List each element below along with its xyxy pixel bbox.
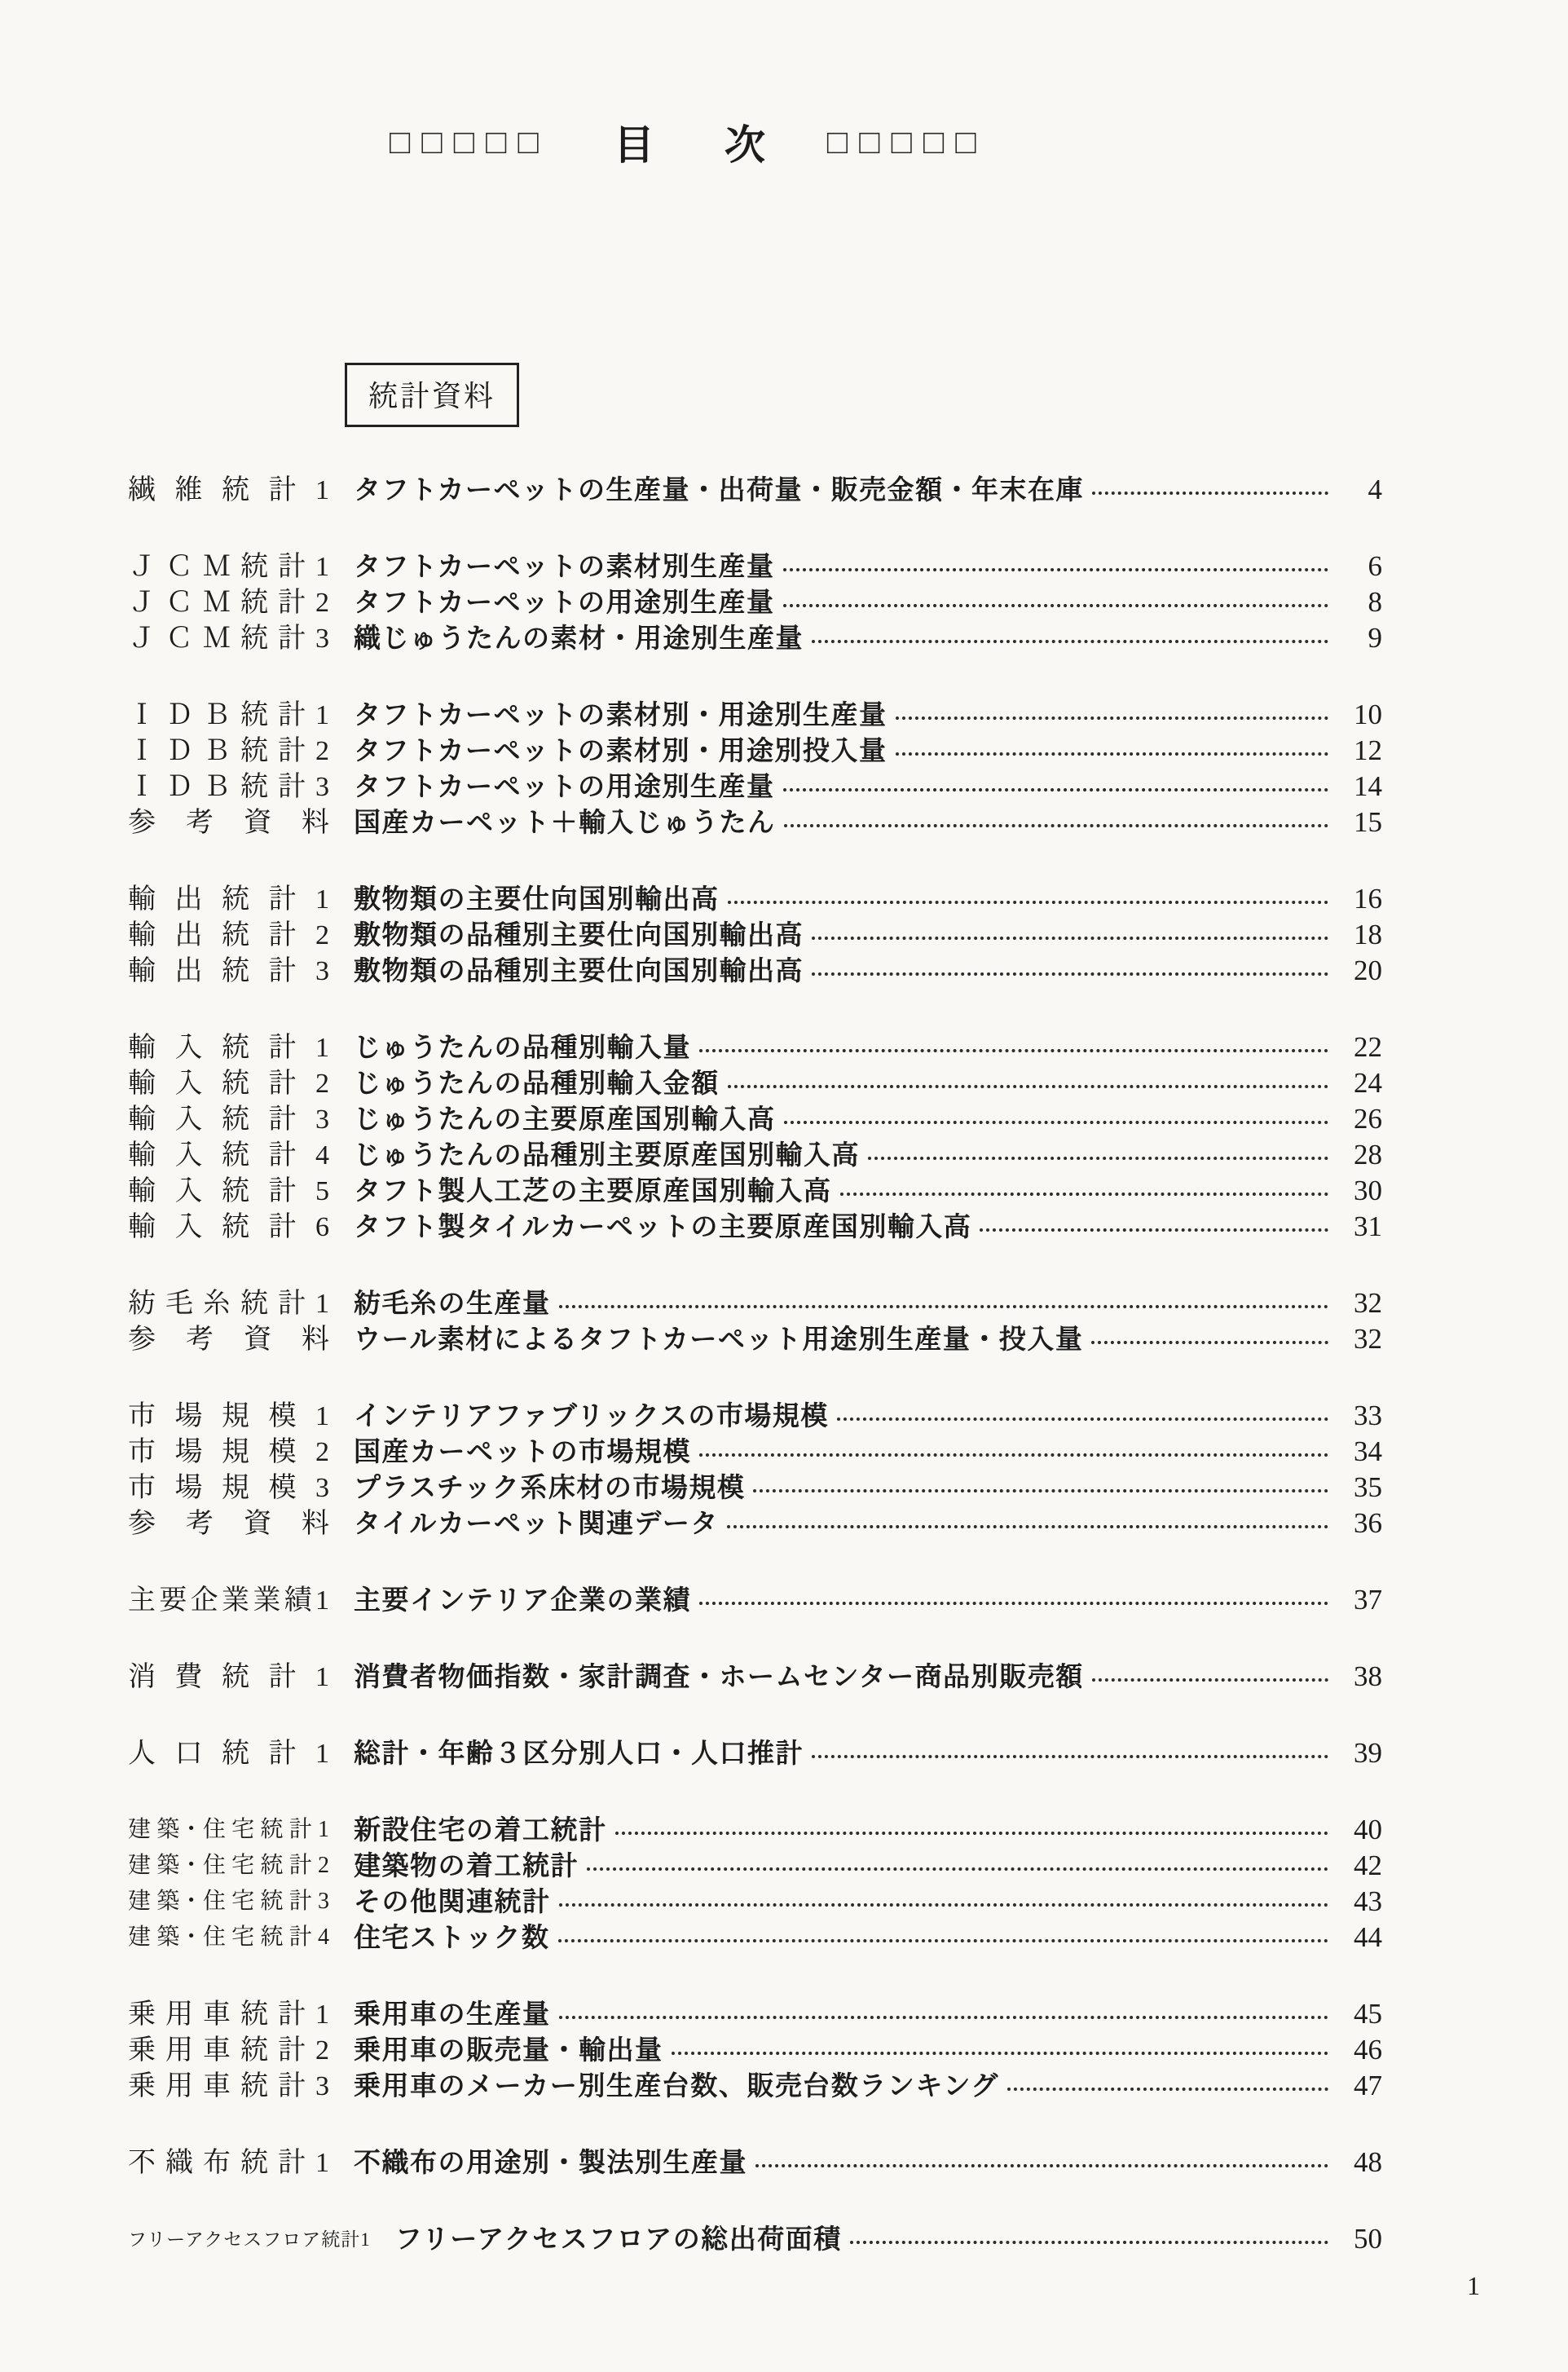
toc-entry-label: 紡毛糸統計1: [128, 1289, 329, 1319]
toc-entry-page-number: 6: [1335, 551, 1382, 583]
toc-entry-page-number: 39: [1335, 1738, 1382, 1770]
toc-entry-page-number: 37: [1335, 1585, 1382, 1616]
dotted-leader: [559, 1305, 1329, 1308]
toc-entry-label: 輸出統計3: [128, 956, 329, 986]
toc-group: 人口統計1総計・年齢３区分別人口・人口推計39: [128, 1733, 1382, 1769]
toc-entry-label: 消費統計1: [128, 1662, 329, 1692]
toc-entry-page-number: 47: [1335, 2070, 1382, 2102]
toc-entry-label: 市場規模1: [128, 1401, 329, 1431]
toc-entry-title: 不織布の用途別・製法別生産量: [354, 2147, 747, 2178]
toc-entry-page-number: 30: [1335, 1175, 1382, 1207]
toc-entry-label: 輸入統計2: [128, 1069, 329, 1099]
toc-entry-title: 乗用車の生産量: [354, 1999, 551, 2030]
toc-row: 参考資料ウール素材によるタフトカーペット用途別生産量・投入量32: [128, 1319, 1382, 1355]
dotted-leader: [728, 901, 1329, 904]
toc-group: 繊維統計1タフトカーペットの生産量・出荷量・販売金額・年末在庫4: [128, 470, 1382, 505]
dotted-leader: [558, 1939, 1328, 1942]
dotted-leader: [812, 972, 1328, 976]
toc-entry-title: 紡毛糸の生産量: [354, 1288, 551, 1319]
toc-row: ＪＣＭ統計2タフトカーペットの用途別生産量8: [128, 582, 1382, 618]
toc-group: 輸出統計1敷物類の主要仕向国別輸出高16輸出統計2敷物類の品種別主要仕向国別輸出…: [128, 879, 1382, 986]
toc-entry-label: 市場規模2: [128, 1437, 329, 1467]
toc-entry-page-number: 32: [1335, 1324, 1382, 1356]
dotted-leader: [699, 1049, 1328, 1052]
toc-entry-label: 輸入統計6: [128, 1212, 329, 1242]
dotted-leader: [784, 824, 1329, 827]
toc-row: 輸出統計2敷物類の品種別主要仕向国別輸出高18: [128, 915, 1382, 950]
toc-row: 不織布統計1不織布の用途別・製法別生産量48: [128, 2142, 1382, 2178]
toc-row: 輸入統計3じゅうたんの主要原産国別輸入高26: [128, 1099, 1382, 1135]
footer-page-number: 1: [1467, 2271, 1480, 2301]
toc-entry-title: じゅうたんの品種別輸入量: [354, 1032, 691, 1063]
toc-list: 繊維統計1タフトカーペットの生産量・出荷量・販売金額・年末在庫4ＪＣＭ統計1タフ…: [128, 470, 1382, 2255]
dotted-leader: [1092, 492, 1328, 495]
dotted-leader: [783, 788, 1328, 791]
dotted-leader: [1007, 2088, 1328, 2091]
toc-entry-page-number: 42: [1335, 1850, 1382, 1882]
toc-row: 輸入統計4じゅうたんの品種別主要原産国別輸入高28: [128, 1135, 1382, 1171]
toc-row: 市場規模1インテリアファブリックスの市場規模33: [128, 1395, 1382, 1431]
toc-entry-label: 建築･住宅統計4: [128, 1922, 329, 1953]
toc-entry-title: じゅうたんの品種別主要原産国別輸入高: [354, 1140, 860, 1171]
toc-entry-title: 国産カーペット＋輸入じゅうたん: [354, 807, 776, 838]
toc-entry-title: 乗用車の販売量・輸出量: [354, 2035, 663, 2066]
toc-entry-page-number: 10: [1335, 699, 1382, 731]
toc-entry-label: 参考資料: [128, 808, 329, 838]
dotted-leader: [615, 1832, 1329, 1835]
toc-entry-page-number: 32: [1335, 1288, 1382, 1320]
toc-entry-title: タフトカーペットの生産量・出荷量・販売金額・年末在庫: [354, 474, 1084, 505]
toc-row: 輸入統計2じゅうたんの品種別輸入金額24: [128, 1063, 1382, 1099]
toc-entry-title: 住宅ストック数: [354, 1922, 550, 1953]
dotted-leader: [699, 1602, 1328, 1605]
dotted-leader: [1091, 1341, 1328, 1344]
toc-entry-page-number: 34: [1335, 1436, 1382, 1468]
toc-entry-title: タイルカーペット関連データ: [354, 1508, 719, 1539]
dotted-leader: [672, 2052, 1329, 2055]
toc-entry-page-number: 22: [1335, 1032, 1382, 1064]
toc-entry-label: ＩＤＢ統計3: [128, 772, 329, 802]
toc-entry-page-number: 43: [1335, 1886, 1382, 1918]
toc-entry-title: 敷物類の品種別主要仕向国別輸出高: [354, 955, 804, 986]
toc-entry-title: じゅうたんの品種別輸入金額: [354, 1068, 720, 1099]
toc-group: 紡毛糸統計1紡毛糸の生産量32参考資料ウール素材によるタフトカーペット用途別生産…: [128, 1283, 1382, 1355]
dotted-leader: [727, 1525, 1328, 1528]
toc-group: 主要企業業績1主要インテリア企業の業績37: [128, 1580, 1382, 1616]
toc-row: 乗用車統計3乗用車のメーカー別生産台数、販売台数ランキング47: [128, 2066, 1382, 2101]
toc-row: 市場規模3プラスチック系床材の市場規模35: [128, 1467, 1382, 1503]
toc-entry-page-number: 46: [1335, 2035, 1382, 2066]
toc-row: ＩＤＢ統計1タフトカーペットの素材別・用途別生産量10: [128, 694, 1382, 730]
toc-entry-page-number: 28: [1335, 1140, 1382, 1171]
toc-entry-title: タフトカーペットの用途別生産量: [354, 771, 775, 802]
toc-entry-label: 主要企業業績1: [128, 1585, 329, 1616]
toc-entry-title: インテリアファブリックスの市場規模: [354, 1400, 829, 1431]
toc-entry-title: タフト製人工芝の主要原産国別輸入高: [354, 1175, 832, 1206]
toc-group: 不織布統計1不織布の用途別・製法別生産量48: [128, 2142, 1382, 2178]
toc-entry-label: 建築･住宅統計2: [128, 1850, 329, 1881]
dotted-leader: [837, 1417, 1328, 1421]
toc-entry-label: 参考資料: [128, 1325, 329, 1355]
toc-row: フリーアクセスフロア統計1フリーアクセスフロアの総出荷面積50: [128, 2219, 1382, 2255]
dotted-leader: [559, 2016, 1329, 2019]
toc-entry-page-number: 8: [1335, 587, 1382, 619]
toc-group: 消費統計1消費者物価指数・家計調査・ホームセンター商品別販売額38: [128, 1656, 1382, 1692]
toc-row: 市場規模2国産カーペットの市場規模34: [128, 1431, 1382, 1467]
toc-entry-title: 敷物類の主要仕向国別輸出高: [354, 884, 720, 915]
toc-entry-page-number: 45: [1335, 1999, 1382, 2030]
toc-entry-title: タフトカーペットの素材別・用途別生産量: [354, 699, 888, 730]
toc-entry-title: フリーアクセスフロアの総出荷面積: [395, 2224, 842, 2255]
toc-row: 輸入統計1じゅうたんの品種別輸入量22: [128, 1027, 1382, 1063]
dotted-leader: [699, 1453, 1328, 1457]
toc-entry-title: 新設住宅の着工統計: [354, 1814, 607, 1845]
dotted-leader: [812, 1755, 1328, 1758]
toc-entry-label: 参考資料: [128, 1509, 329, 1539]
toc-entry-title: 総計・年齢３区分別人口・人口推計: [354, 1738, 804, 1769]
toc-entry-title: タフトカーペットの素材別・用途別投入量: [354, 735, 888, 766]
toc-entry-page-number: 35: [1335, 1472, 1382, 1504]
toc-entry-label: 乗用車統計1: [128, 1999, 329, 2030]
toc-row: 建築･住宅統計1新設住宅の着工統計40: [128, 1810, 1382, 1845]
toc-entry-label: ＪＣＭ統計3: [128, 624, 329, 654]
dotted-leader: [812, 640, 1328, 643]
toc-entry-label: フリーアクセスフロア統計1: [128, 2224, 371, 2255]
toc-row: 主要企業業績1主要インテリア企業の業績37: [128, 1580, 1382, 1616]
toc-entry-label: 輸出統計1: [128, 884, 329, 915]
header-left-boxes: □□□□□: [390, 122, 550, 161]
toc-entry-label: 不織布統計1: [128, 2148, 329, 2178]
toc-row: ＩＤＢ統計2タフトカーペットの素材別・用途別投入量12: [128, 730, 1382, 766]
toc-entry-title: 消費者物価指数・家計調査・ホームセンター商品別販売額: [354, 1661, 1084, 1692]
dotted-leader: [896, 752, 1328, 756]
toc-entry-label: 輸出統計2: [128, 920, 329, 950]
toc-entry-label: 輸入統計4: [128, 1140, 329, 1171]
toc-row: 参考資料国産カーペット＋輸入じゅうたん15: [128, 802, 1382, 838]
toc-entry-page-number: 26: [1335, 1104, 1382, 1135]
dotted-leader: [850, 2241, 1328, 2244]
toc-row: 人口統計1総計・年齢３区分別人口・人口推計39: [128, 1733, 1382, 1769]
toc-entry-page-number: 33: [1335, 1400, 1382, 1432]
toc-entry-page-number: 50: [1335, 2224, 1382, 2255]
toc-row: 乗用車統計1乗用車の生産量45: [128, 1994, 1382, 2030]
toc-entry-title: タフトカーペットの用途別生産量: [354, 587, 775, 618]
toc-entry-page-number: 4: [1335, 474, 1382, 506]
toc-entry-title: タフトカーペットの素材別生産量: [354, 551, 775, 582]
toc-entry-label: 人口統計1: [128, 1739, 329, 1769]
toc-entry-label: ＩＤＢ統計2: [128, 736, 329, 766]
toc-row: 輸出統計3敷物類の品種別主要仕向国別輸出高20: [128, 950, 1382, 986]
toc-entry-title: 乗用車のメーカー別生産台数、販売台数ランキング: [354, 2070, 999, 2101]
toc-entry-title: じゅうたんの主要原産国別輸入高: [354, 1104, 776, 1135]
toc-entry-title: タフト製タイルカーペットの主要原産国別輸入高: [354, 1211, 971, 1242]
toc-entry-page-number: 18: [1335, 919, 1382, 951]
toc-entry-page-number: 12: [1335, 735, 1382, 767]
toc-row: 輸入統計5タフト製人工芝の主要原産国別輸入高30: [128, 1171, 1382, 1206]
toc-entry-label: 建築･住宅統計1: [128, 1814, 329, 1845]
toc-entry-page-number: 40: [1335, 1814, 1382, 1846]
header-right-boxes: □□□□□: [827, 122, 988, 161]
toc-row: 建築･住宅統計3その他関連統計43: [128, 1881, 1382, 1917]
toc-row: 建築･住宅統計2建築物の着工統計42: [128, 1845, 1382, 1881]
toc-entry-page-number: 15: [1335, 807, 1382, 839]
toc-entry-label: 乗用車統計2: [128, 2035, 329, 2066]
toc-entry-page-number: 31: [1335, 1211, 1382, 1243]
toc-entry-label: 輸入統計1: [128, 1033, 329, 1063]
dotted-leader: [755, 2164, 1328, 2167]
toc-group: 輸入統計1じゅうたんの品種別輸入量22輸入統計2じゅうたんの品種別輸入金額24輸…: [128, 1027, 1382, 1242]
toc-row: ＩＤＢ統計3タフトカーペットの用途別生産量14: [128, 766, 1382, 802]
toc-entry-page-number: 14: [1335, 771, 1382, 803]
toc-entry-label: 輸入統計5: [128, 1176, 329, 1206]
dotted-leader: [840, 1193, 1329, 1196]
toc-entry-title: ウール素材によるタフトカーペット用途別生産量・投入量: [354, 1324, 1083, 1355]
toc-entry-page-number: 24: [1335, 1068, 1382, 1100]
toc-entry-label: ＪＣＭ統計2: [128, 588, 329, 618]
toc-entry-title: 織じゅうたんの素材・用途別生産量: [354, 623, 804, 654]
toc-entry-title: 建築物の着工統計: [354, 1850, 579, 1881]
dotted-leader: [559, 1903, 1329, 1907]
toc-group: 乗用車統計1乗用車の生産量45乗用車統計2乗用車の販売量・輸出量46乗用車統計3…: [128, 1994, 1382, 2101]
dotted-leader: [896, 716, 1328, 720]
toc-entry-page-number: 44: [1335, 1922, 1382, 1954]
toc-entry-label: 乗用車統計3: [128, 2071, 329, 2101]
page-header: □□□□□ 目 次 □□□□□: [390, 0, 1568, 171]
section-label-wrap: 統計資料: [345, 363, 1568, 427]
toc-group: フリーアクセスフロア統計1フリーアクセスフロアの総出荷面積50: [128, 2219, 1382, 2255]
toc-entry-page-number: 9: [1335, 623, 1382, 655]
toc-row: ＪＣＭ統計1タフトカーペットの素材別生産量6: [128, 546, 1382, 582]
toc-entry-page-number: 48: [1335, 2147, 1382, 2179]
toc-group: 建築･住宅統計1新設住宅の着工統計40建築･住宅統計2建築物の着工統計42建築･…: [128, 1810, 1382, 1953]
dotted-leader: [784, 1121, 1329, 1124]
toc-row: 繊維統計1タフトカーペットの生産量・出荷量・販売金額・年末在庫4: [128, 470, 1382, 505]
toc-entry-title: 主要インテリア企業の業績: [354, 1585, 691, 1616]
dotted-leader: [1092, 1678, 1328, 1682]
toc-entry-page-number: 20: [1335, 955, 1382, 987]
toc-entry-label: ＪＣＭ統計1: [128, 552, 329, 582]
dotted-leader: [980, 1228, 1328, 1232]
toc-row: ＪＣＭ統計3織じゅうたんの素材・用途別生産量9: [128, 618, 1382, 654]
toc-entry-title: 敷物類の品種別主要仕向国別輸出高: [354, 919, 804, 950]
toc-row: 輸入統計6タフト製タイルカーペットの主要原産国別輸入高31: [128, 1206, 1382, 1242]
dotted-leader: [587, 1867, 1328, 1871]
toc-entry-title: プラスチック系床材の市場規模: [354, 1472, 745, 1503]
section-label: 統計資料: [345, 363, 519, 427]
dotted-leader: [728, 1085, 1329, 1088]
toc-group: 市場規模1インテリアファブリックスの市場規模33市場規模2国産カーペットの市場規…: [128, 1395, 1382, 1539]
toc-entry-label: ＩＤＢ統計1: [128, 700, 329, 730]
dotted-leader: [783, 604, 1328, 607]
dotted-leader: [812, 937, 1328, 940]
dotted-leader: [783, 568, 1328, 571]
dotted-leader: [868, 1157, 1328, 1160]
toc-group: ＩＤＢ統計1タフトカーペットの素材別・用途別生産量10ＩＤＢ統計2タフトカーペッ…: [128, 694, 1382, 838]
toc-entry-label: 繊維統計1: [128, 475, 329, 505]
toc-entry-label: 建築･住宅統計3: [128, 1886, 329, 1917]
toc-row: 紡毛糸統計1紡毛糸の生産量32: [128, 1283, 1382, 1319]
toc-entry-label: 市場規模3: [128, 1473, 329, 1503]
toc-row: 消費統計1消費者物価指数・家計調査・ホームセンター商品別販売額38: [128, 1656, 1382, 1692]
toc-entry-title: 国産カーペットの市場規模: [354, 1436, 691, 1467]
toc-entry-title: その他関連統計: [354, 1886, 551, 1917]
toc-entry-page-number: 38: [1335, 1661, 1382, 1693]
toc-row: 乗用車統計2乗用車の販売量・輸出量46: [128, 2030, 1382, 2066]
toc-entry-page-number: 16: [1335, 884, 1382, 915]
page-title: 目 次: [614, 112, 780, 171]
toc-group: ＪＣＭ統計1タフトカーペットの素材別生産量6ＪＣＭ統計2タフトカーペットの用途別…: [128, 546, 1382, 654]
toc-row: 参考資料タイルカーペット関連データ36: [128, 1503, 1382, 1539]
dotted-leader: [753, 1489, 1328, 1492]
toc-row: 建築･住宅統計4住宅ストック数44: [128, 1917, 1382, 1953]
toc-entry-label: 輸入統計3: [128, 1104, 329, 1135]
toc-row: 輸出統計1敷物類の主要仕向国別輸出高16: [128, 879, 1382, 915]
toc-entry-page-number: 36: [1335, 1508, 1382, 1540]
